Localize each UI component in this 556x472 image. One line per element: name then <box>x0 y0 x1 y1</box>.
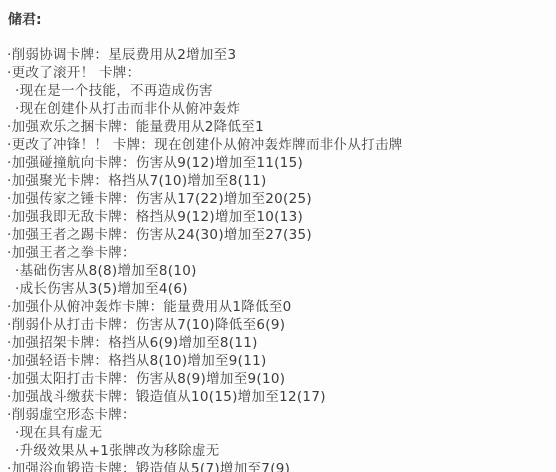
changelog-page: 储君: ·削弱协调卡牌：星辰费用从2增加至3 ·更改了滚开！ 卡牌： ·现在是一… <box>0 0 556 472</box>
changelog-line: ·加强我即无敌卡牌：格挡从9(12)增加至10(13) <box>7 208 550 226</box>
changelog-line: ·加强碰撞航向卡牌：伤害从9(12)增加至11(15) <box>7 154 550 172</box>
changelog-line: ·削弱虚空形态卡牌： <box>7 406 550 424</box>
changelog-subline: ·现在具有虚无 <box>7 424 550 442</box>
changelog-line: ·加强王者之拳卡牌： <box>7 244 550 262</box>
changelog-line: ·加强太阳打击卡牌：伤害从8(9)增加至9(10) <box>7 370 550 388</box>
changelog-subline: ·现在是一个技能，不再造成伤害 <box>7 82 550 100</box>
changelog-subline: ·成长伤害从3(5)增加至4(6) <box>7 280 550 298</box>
changelog-line: ·加强仆从俯冲轰炸卡牌：能量费用从1降低至0 <box>7 298 550 316</box>
changelog-line: ·加强欢乐之捆卡牌：能量费用从2降低至1 <box>7 118 550 136</box>
changelog-line: ·加强招架卡牌：格挡从6(9)增加至8(11) <box>7 334 550 352</box>
changelog-line: ·加强聚光卡牌：格挡从7(10)增加至8(11) <box>7 172 550 190</box>
changelog-subline: ·基础伤害从8(8)增加至8(10) <box>7 262 550 280</box>
changelog-subline: ·升级效果从+1张牌改为移除虚无 <box>7 442 550 460</box>
changelog-subline: ·现在创建仆从打击而非仆从俯冲轰炸 <box>7 100 550 118</box>
changelog-line: ·加强王者之踢卡牌：伤害从24(30)增加至27(35) <box>7 226 550 244</box>
changelog-line: ·削弱协调卡牌：星辰费用从2增加至3 <box>7 46 550 64</box>
changelog-line: ·更改了冲锋！！ 卡牌：现在创建仆从俯冲轰炸牌而非仆从打击牌 <box>7 136 550 154</box>
changelog-line: ·加强战斗缴获卡牌：锻造值从10(15)增加至12(17) <box>7 388 550 406</box>
changelog-line: ·加强轻语卡牌：格挡从8(10)增加至9(11) <box>7 352 550 370</box>
section-title: 储君: <box>8 11 550 29</box>
changelog-line: ·加强传家之锤卡牌：伤害从17(22)增加至20(25) <box>7 190 550 208</box>
changelog-line: ·削弱仆从打击卡牌：伤害从7(10)降低至6(9) <box>7 316 550 334</box>
changelog-line: ·更改了滚开！ 卡牌： <box>7 64 550 82</box>
changelog-line: ·加强浴血锻造卡牌：锻造值从5(7)增加至7(9) <box>7 460 550 472</box>
